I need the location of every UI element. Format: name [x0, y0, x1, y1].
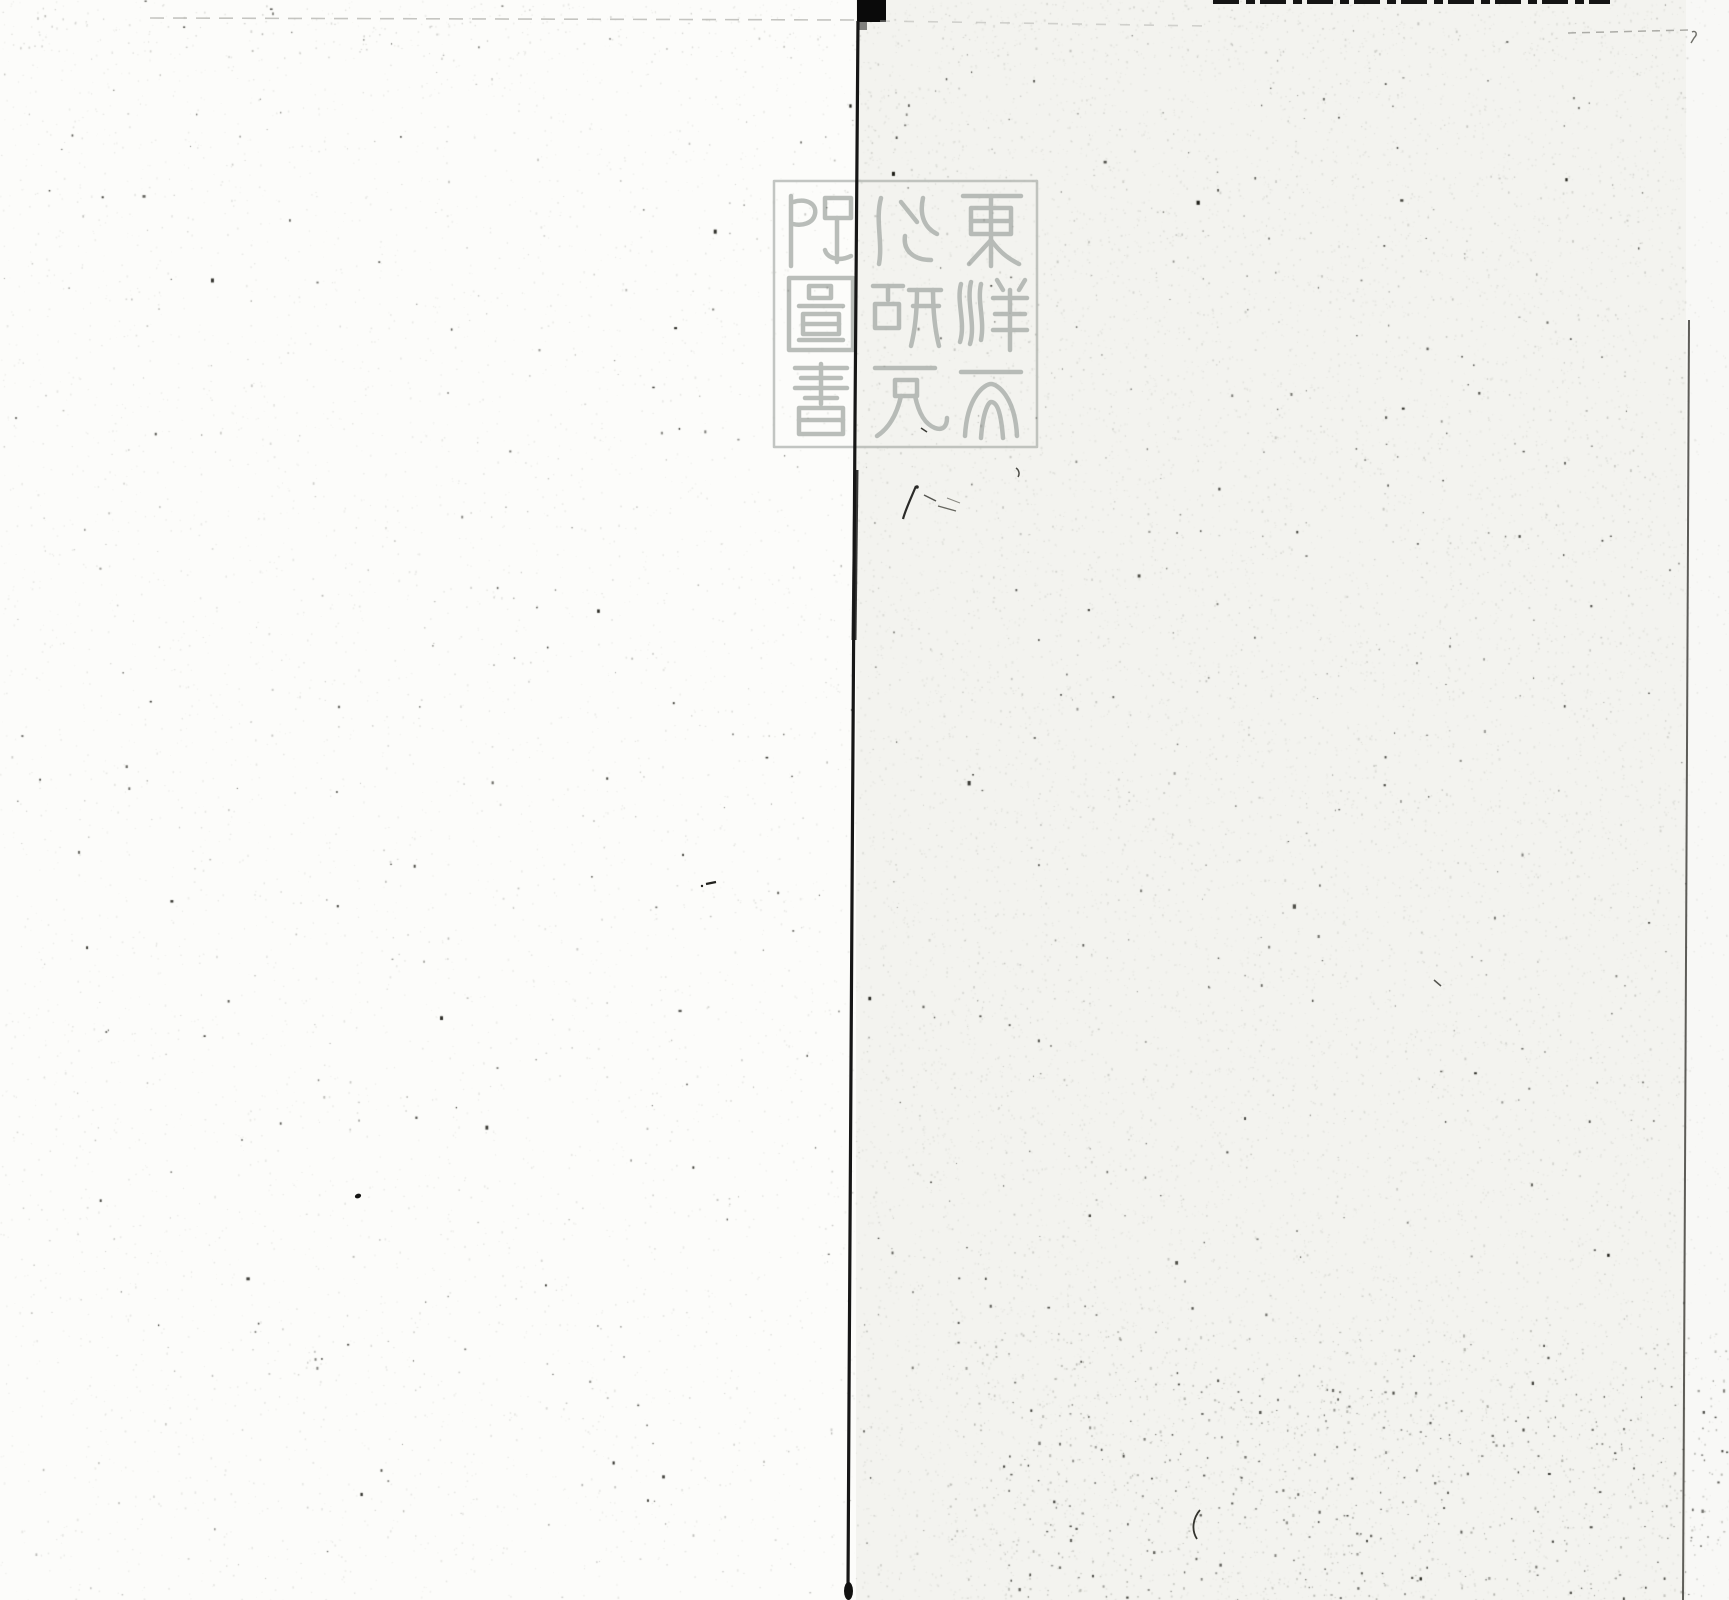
book-scan	[0, 0, 1729, 1600]
scan-right-margin	[1686, 0, 1729, 1600]
left-page	[0, 0, 856, 1600]
right-page	[856, 0, 1686, 1600]
